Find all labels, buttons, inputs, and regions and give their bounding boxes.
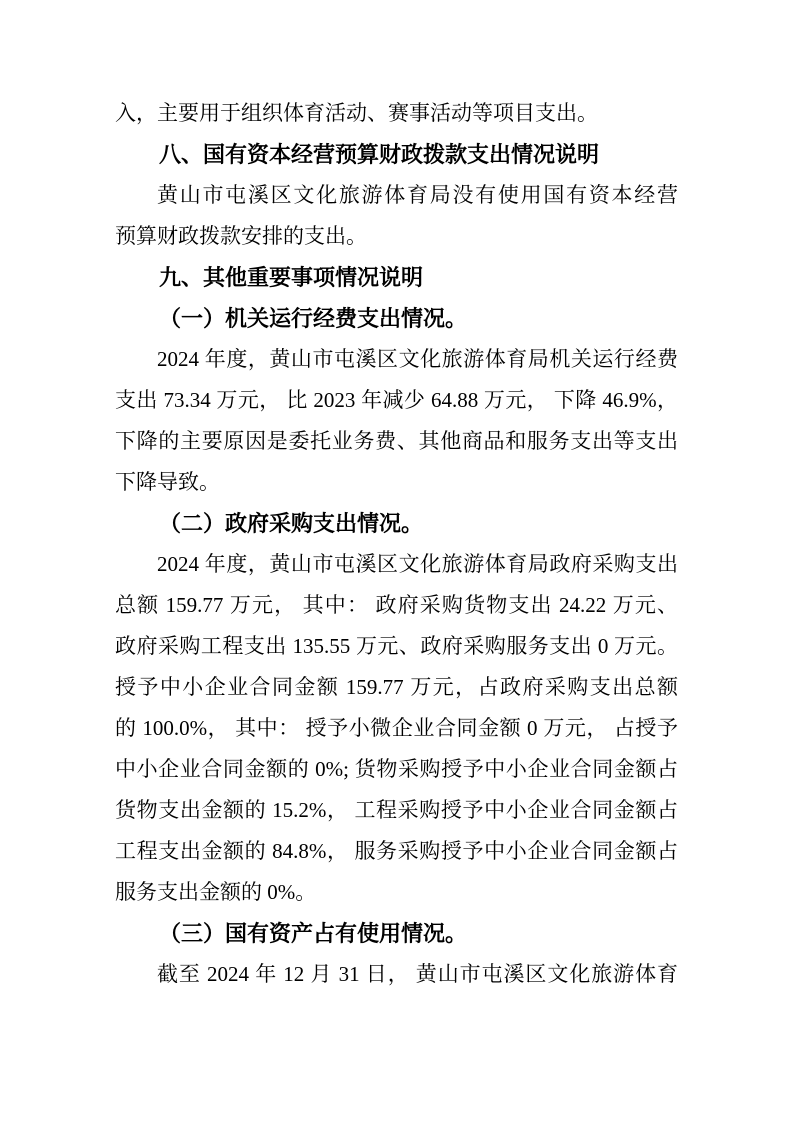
document-page: 入，主要用于组织体育活动、赛事活动等项目支出。 八、国有资本经营预算财政拨款支出… (0, 0, 793, 1122)
para-operating-cost-line: 下降的主要原因是委托业务费、其他商品和服务支出等支出 (115, 421, 678, 462)
para-operating-cost-line: 2024 年度，黄山市屯溪区文化旅游体育局机关运行经费 (115, 339, 678, 380)
heading-subsection-2: （二）政府采购支出情况。 (115, 503, 678, 544)
para-gov-procurement-line: 政府采购工程支出 135.55 万元、政府采购服务支出 0 万元。 (115, 626, 678, 667)
para-section8-line: 预算财政拨款安排的支出。 (115, 216, 678, 257)
para-gov-procurement-line: 货物支出金额的 15.2%， 工程采购授予中小企业合同金额占 (115, 790, 678, 831)
para-gov-procurement-line: 工程支出金额的 84.8%， 服务采购授予中小企业合同金额占 (115, 831, 678, 872)
para-continuation-line: 入，主要用于组织体育活动、赛事活动等项目支出。 (115, 93, 678, 134)
heading-subsection-3: （三）国有资产占有使用情况。 (115, 913, 678, 954)
para-gov-procurement-line: 授予中小企业合同金额 159.77 万元，占政府采购支出总额 (115, 667, 678, 708)
para-gov-procurement-line: 总额 159.77 万元， 其中： 政府采购货物支出 24.22 万元、 (115, 585, 678, 626)
heading-section-9: 九、其他重要事项情况说明 (115, 257, 678, 298)
para-operating-cost-line: 支出 73.34 万元， 比 2023 年减少 64.88 万元， 下降 46.… (115, 380, 678, 421)
para-operating-cost-line: 下降导致。 (115, 462, 678, 503)
heading-section-8: 八、国有资本经营预算财政拨款支出情况说明 (115, 134, 678, 175)
para-gov-procurement-line: 中小企业合同金额的 0%; 货物采购授予中小企业合同金额占 (115, 749, 678, 790)
para-gov-procurement-line: 的 100.0%， 其中： 授予小微企业合同金额 0 万元， 占授予 (115, 708, 678, 749)
para-section8-line: 黄山市屯溪区文化旅游体育局没有使用国有资本经营 (115, 175, 678, 216)
heading-subsection-1: （一）机关运行经费支出情况。 (115, 298, 678, 339)
para-gov-procurement-line: 2024 年度，黄山市屯溪区文化旅游体育局政府采购支出 (115, 544, 678, 585)
para-state-assets-line: 截至 2024 年 12 月 31 日， 黄山市屯溪区文化旅游体育 (115, 954, 678, 995)
para-gov-procurement-line: 服务支出金额的 0%。 (115, 872, 678, 913)
